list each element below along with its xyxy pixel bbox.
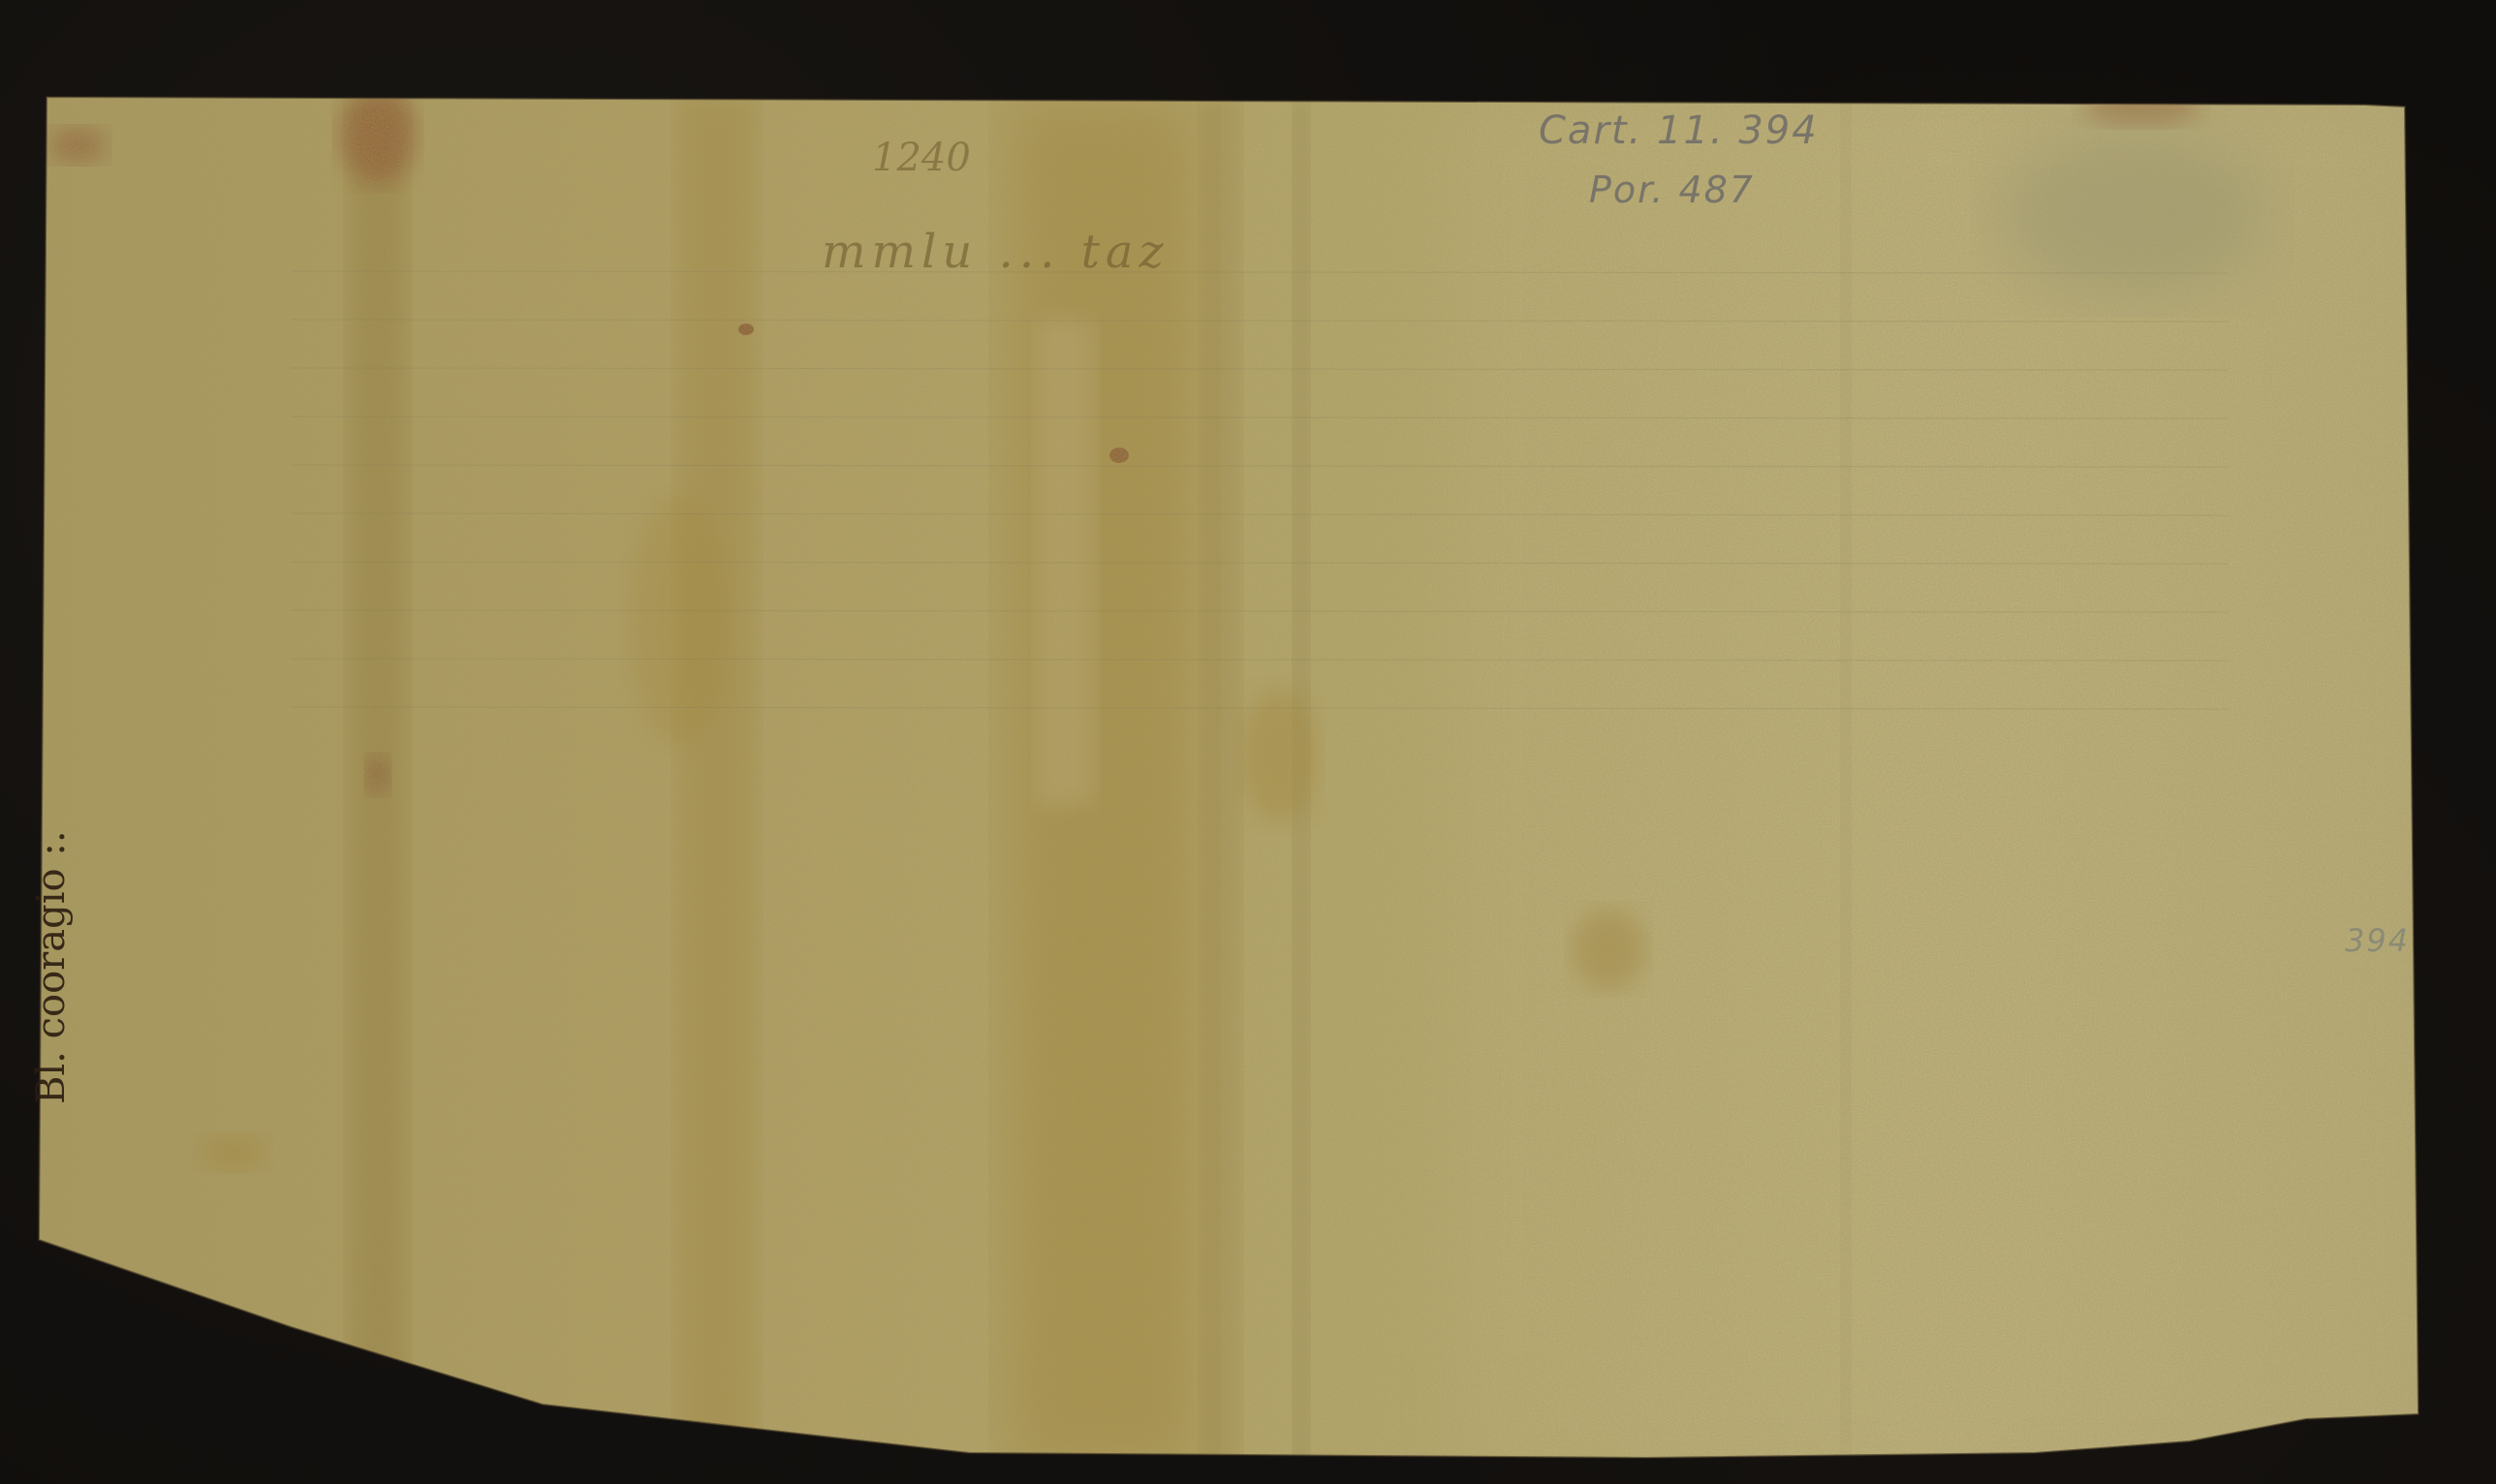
shelfmark-line-1: Cart. 11. 394: [1539, 108, 1819, 153]
side-note-annotation: Bl. cooragio :.: [29, 830, 74, 1104]
parchment-texture: [0, 0, 2496, 1484]
shelfmark-line-2: Por. 487: [1589, 169, 1755, 211]
year-annotation: 1240: [872, 136, 971, 180]
dorse-title-annotation: mmlu ... taz: [822, 225, 1170, 279]
folio-number: 394: [2345, 922, 2410, 959]
parchment-sheet: Cart. 11. 394 Por. 487 1240 mmlu ... taz…: [0, 0, 2496, 1484]
